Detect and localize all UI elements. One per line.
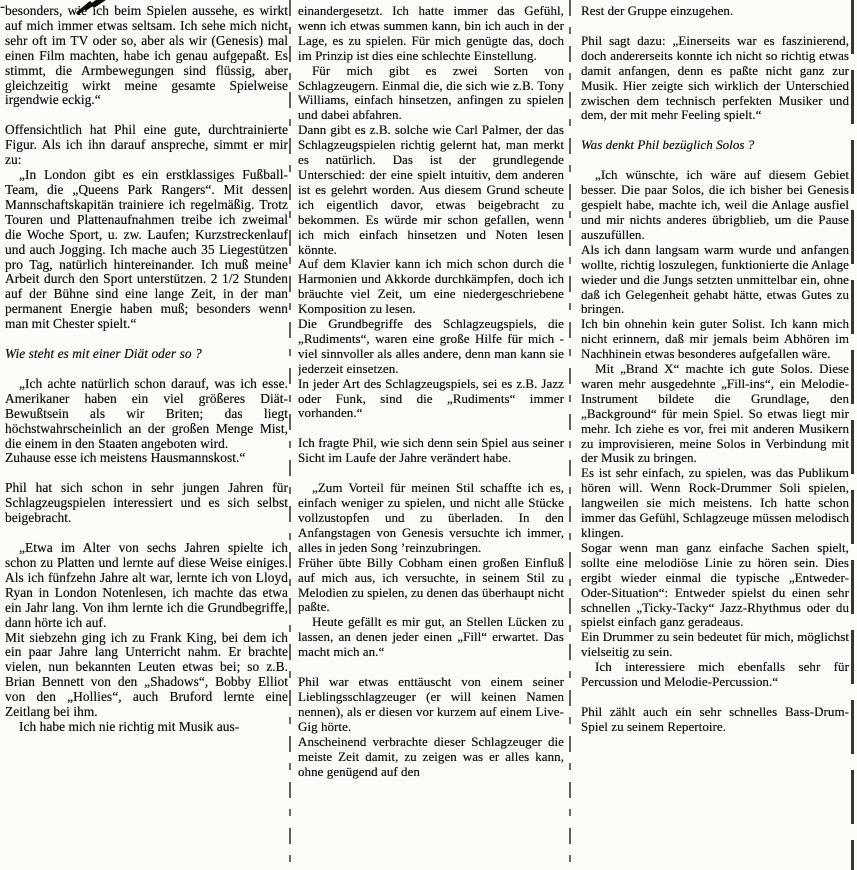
article-paragraph: Es ist sehr einfach, zu spielen, was das… (581, 466, 849, 541)
article-paragraph: Phil zählt auch ein sehr schnelles Bass-… (581, 705, 849, 735)
scan-page-edge-line (851, 0, 854, 870)
article-paragraph: Für mich gibt es zwei Sorten von Schlagz… (298, 64, 564, 124)
scanned-article-page: - besonders, wie ich beim Spielen ausseh… (0, 0, 857, 870)
article-column-left: besonders, wie ich beim Spielen aussehe,… (5, 4, 288, 868)
article-paragraph: Phil war etwas enttäuscht von einem sein… (298, 675, 564, 735)
article-paragraph: „Ich wünschte, ich wäre auf diesem Gebie… (581, 168, 849, 243)
article-paragraph: Anscheinend verbrachte dieser Schlagzeug… (298, 735, 564, 780)
article-paragraph: Ich habe mich nie richtig mit Musik aus- (5, 720, 288, 735)
article-paragraph: Ein Drummer zu sein bedeutet für mich, m… (581, 630, 849, 660)
article-paragraph: Als ich dann langsam warm wurde und anfa… (581, 243, 849, 318)
article-paragraph: besonders, wie ich beim Spielen aussehe,… (5, 4, 288, 108)
article-column-right: Rest der Gruppe einzugehen.Phil sagt daz… (581, 4, 849, 868)
article-paragraph: Früher übte Billy Cobham einen großen Ei… (298, 556, 564, 616)
column-divider-line (569, 0, 571, 870)
article-paragraph: Was denkt Phil bezüglich Solos ? (581, 138, 849, 153)
article-paragraph: Die Grundbegriffe des Schlagzeugspiels, … (298, 317, 564, 377)
article-paragraph: Auf dem Klavier kann ich mich schon durc… (298, 257, 564, 317)
article-paragraph: Rest der Gruppe einzugehen. (581, 4, 849, 19)
article-paragraph: Heute gefällt es mir gut, an Stellen Lüc… (298, 615, 564, 660)
article-paragraph: „Ich achte natürlich schon darauf, was i… (5, 377, 288, 452)
article-paragraph: Sogar wenn man ganz einfache Sachen spie… (581, 541, 849, 630)
article-paragraph: In jeder Art des Schlagzeugspiels, sei e… (298, 377, 564, 422)
article-paragraph: Ich bin ohnehin kein guter Solist. Ich k… (581, 317, 849, 362)
article-paragraph: einandergesetzt. Ich hatte immer das Gef… (298, 4, 564, 64)
article-column-middle: einandergesetzt. Ich hatte immer das Gef… (298, 4, 564, 868)
article-paragraph: Ich interessiere mich ebenfalls sehr für… (581, 660, 849, 690)
article-paragraph: Dann gibt es z.B. solche wie Carl Palmer… (298, 123, 564, 257)
article-paragraph: „Etwa im Alter von sechs Jahren spielte … (5, 541, 288, 630)
article-paragraph: „In London gibt es ein erstklassiges Fuß… (5, 168, 288, 332)
article-paragraph: Mit siebzehn ging ich zu Frank King, bei… (5, 631, 288, 720)
article-paragraph: Phil hat sich schon in sehr jungen Jahre… (5, 481, 288, 526)
article-paragraph: „Zum Vorteil für meinen Stil schaffte ic… (298, 481, 564, 556)
article-paragraph: Offensichtlich hat Phil eine gute, durch… (5, 123, 288, 168)
article-paragraph: Ich fragte Phil, wie sich denn sein Spie… (298, 436, 564, 466)
article-paragraph: Zuhause esse ich meistens Hausmannskost.… (5, 451, 288, 466)
article-paragraph: Wie steht es mit einer Diät oder so ? (5, 347, 288, 362)
article-paragraph: Phil sagt dazu: „Einerseits war es faszi… (581, 34, 849, 123)
article-paragraph: Mit „Brand X“ machte ich gute Solos. Die… (581, 362, 849, 466)
column-divider-line (289, 0, 291, 870)
